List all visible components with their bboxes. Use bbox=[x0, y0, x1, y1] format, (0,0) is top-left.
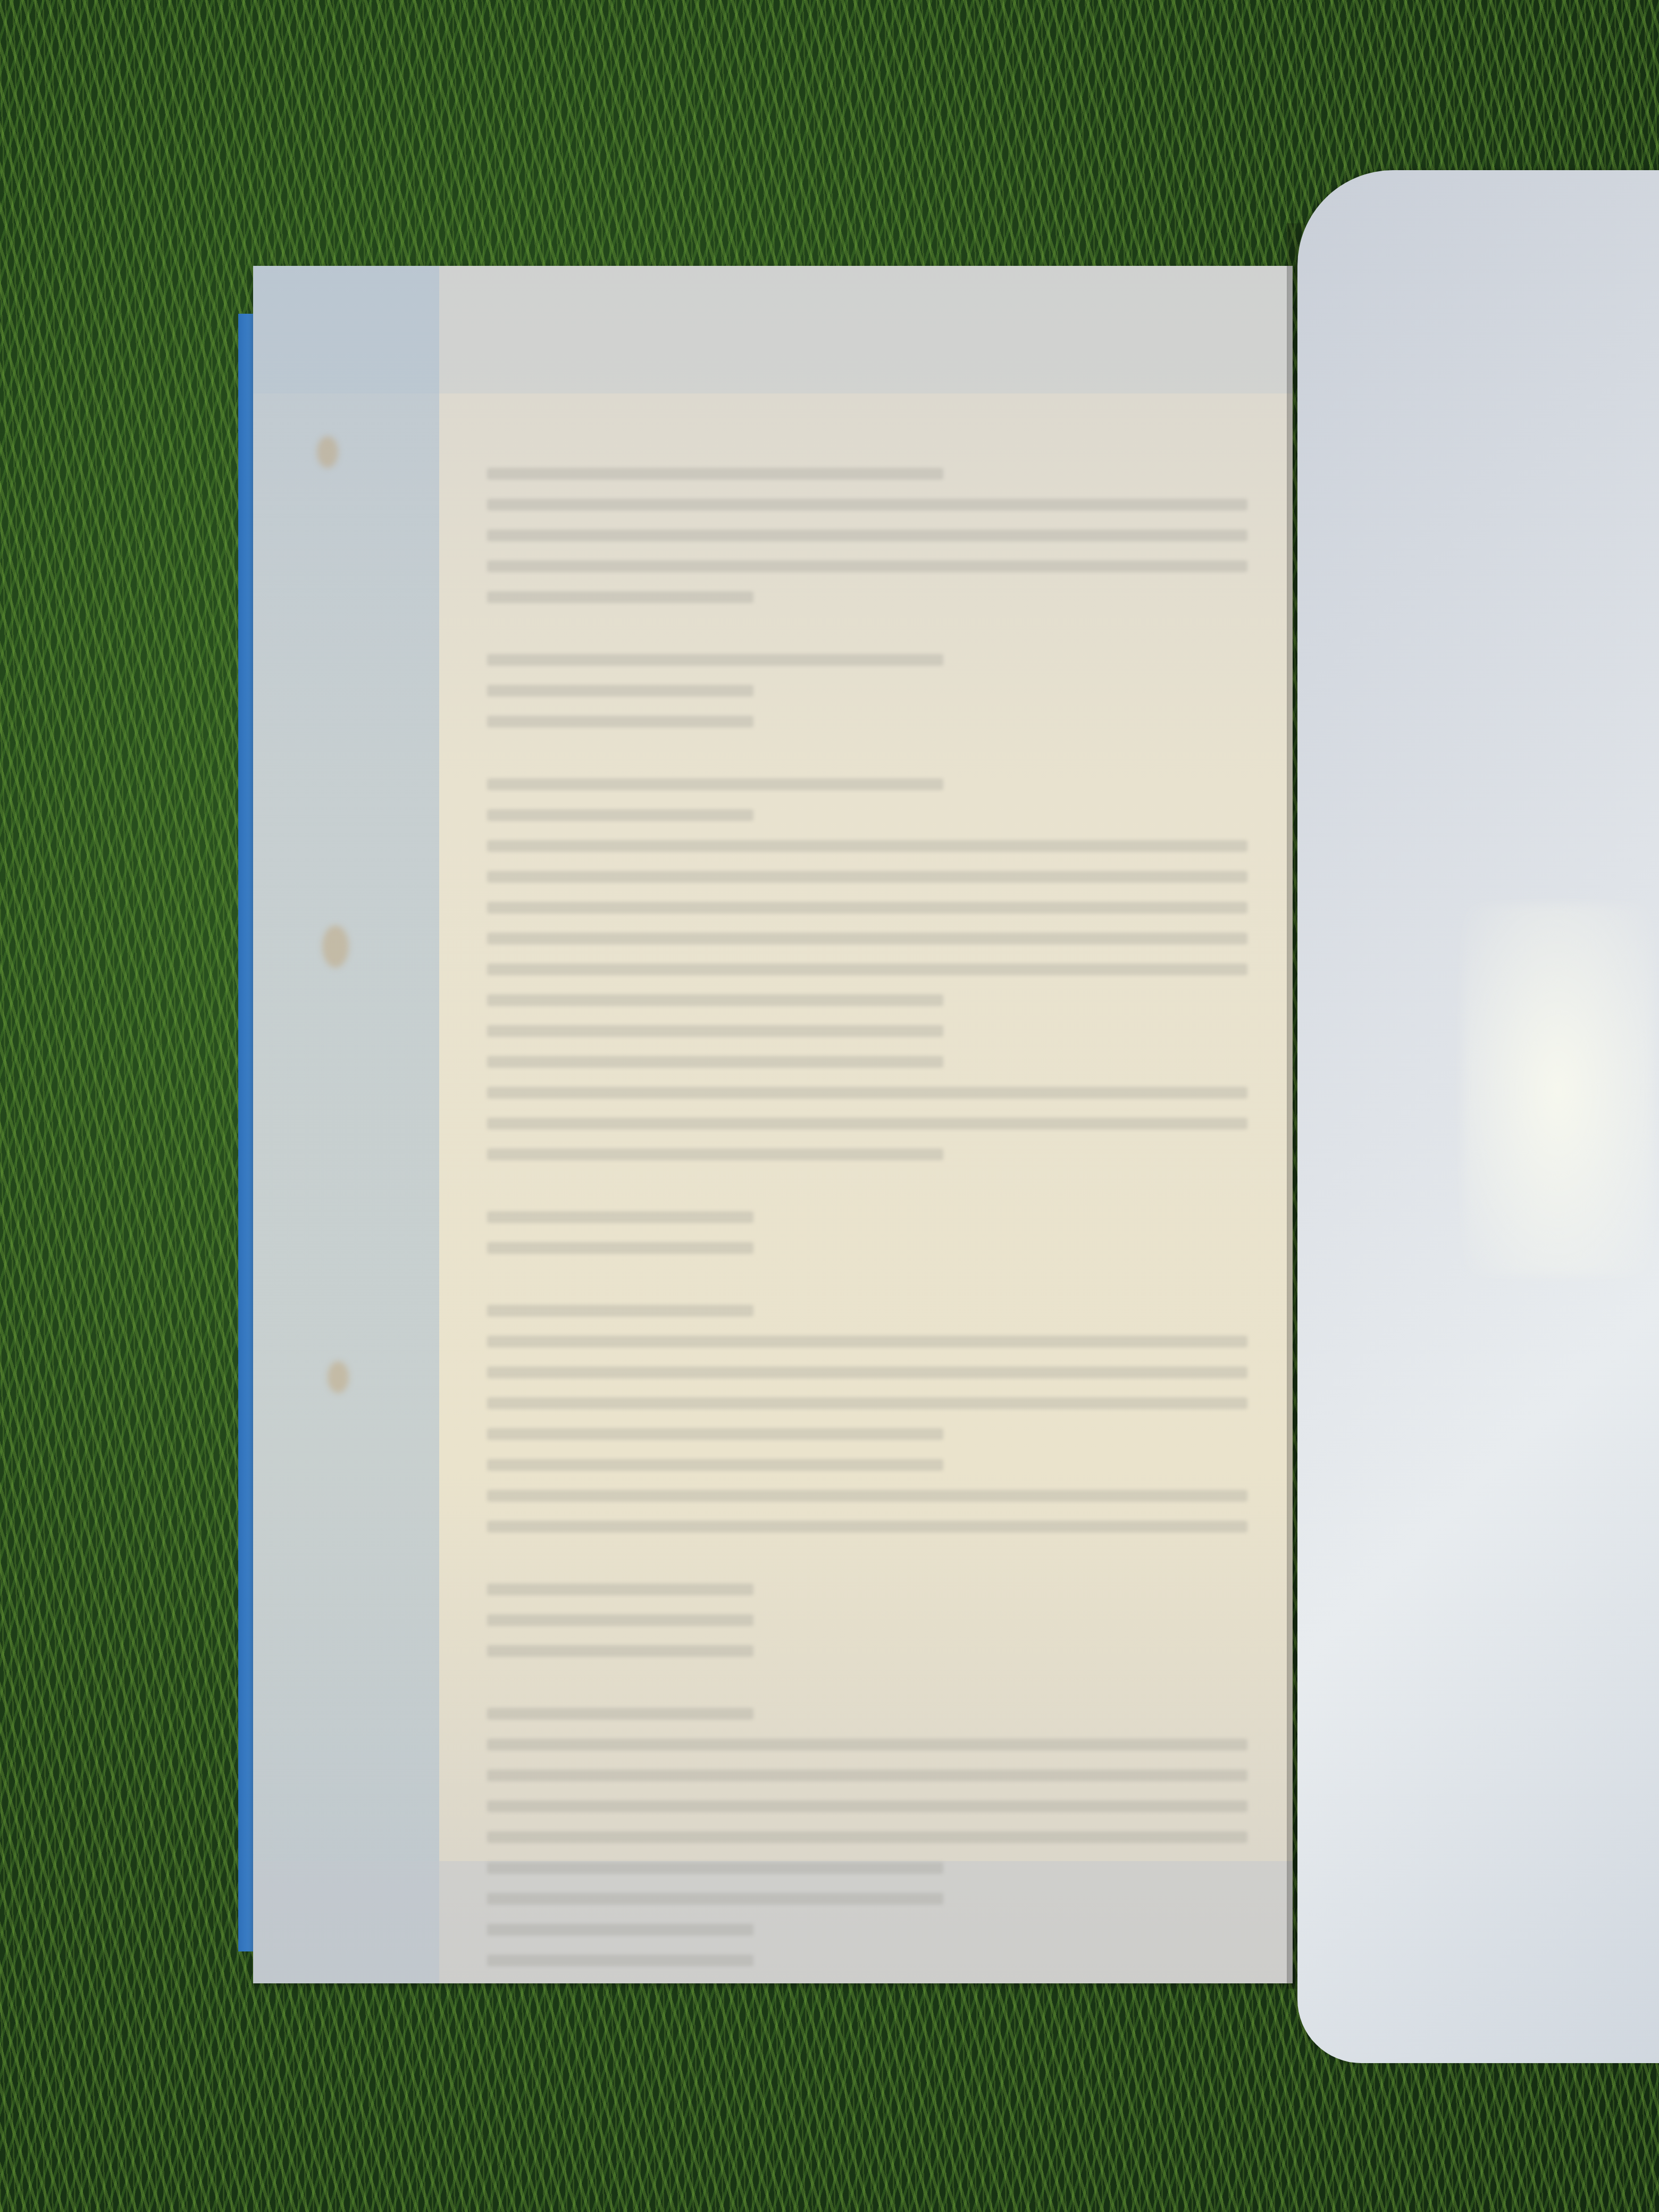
ghost-text-line bbox=[487, 902, 1247, 914]
ghost-text-line bbox=[487, 1521, 1247, 1532]
ghost-text-line bbox=[487, 1770, 1247, 1781]
ghost-text-line bbox=[487, 1831, 1247, 1843]
ghost-text-line bbox=[487, 654, 943, 666]
page-stain bbox=[317, 436, 338, 468]
ghost-text-line bbox=[487, 499, 1247, 510]
ghost-text-line bbox=[487, 963, 1247, 975]
ghost-text-line bbox=[487, 840, 1247, 852]
ghost-text-line bbox=[487, 468, 943, 480]
text-gap bbox=[487, 747, 1247, 778]
ghost-text-line bbox=[487, 685, 753, 697]
page-stain bbox=[328, 1361, 349, 1393]
text-gap bbox=[487, 1676, 1247, 1708]
ghost-text-line bbox=[487, 591, 753, 603]
ghost-text-line bbox=[487, 1305, 753, 1317]
ghost-text-line bbox=[487, 1397, 1247, 1409]
ghost-text-line bbox=[487, 809, 753, 821]
text-gap bbox=[487, 1552, 1247, 1583]
ghost-text-line bbox=[487, 871, 1247, 883]
translucent-overlay-left bbox=[253, 266, 439, 1983]
ghost-text-line bbox=[487, 1336, 1247, 1347]
ghost-text-line bbox=[487, 1149, 943, 1160]
ghost-text-line bbox=[487, 1428, 943, 1440]
ghost-text-line bbox=[487, 1862, 943, 1874]
ghost-text-line bbox=[487, 1800, 1247, 1812]
ghost-text-line bbox=[487, 933, 1247, 944]
ghost-text-line bbox=[487, 1211, 753, 1223]
ghost-text-line bbox=[487, 1924, 753, 1935]
text-gap bbox=[487, 1179, 1247, 1211]
ghost-text-line bbox=[487, 1087, 1247, 1099]
ghost-text-line bbox=[487, 1583, 753, 1595]
ghost-text-line bbox=[487, 1367, 1247, 1378]
ghost-text-line bbox=[487, 560, 1247, 572]
text-gap bbox=[487, 622, 1247, 654]
ghost-text-line bbox=[487, 1708, 753, 1720]
ghost-text-line bbox=[487, 530, 1247, 541]
ghost-text-line bbox=[487, 1459, 943, 1471]
text-gap bbox=[487, 1273, 1247, 1305]
ghost-text-line bbox=[487, 1739, 1247, 1750]
ghost-text-line bbox=[487, 1645, 753, 1657]
ghost-text-line bbox=[487, 1614, 753, 1626]
ghost-text-line bbox=[487, 1893, 943, 1905]
left-page bbox=[253, 266, 1293, 1983]
ghost-text-line bbox=[487, 1118, 1247, 1129]
ghost-text-line bbox=[487, 1025, 943, 1037]
ghost-text-line bbox=[487, 778, 943, 790]
ghost-text-line bbox=[487, 1242, 753, 1254]
ghost-text-line bbox=[487, 1056, 943, 1068]
ghost-text-line bbox=[487, 1490, 1247, 1502]
light-glare bbox=[1462, 904, 1654, 1276]
page-stain bbox=[322, 925, 349, 968]
ghost-text-line bbox=[487, 994, 943, 1006]
ghost-text-line bbox=[487, 716, 753, 727]
bleed-through-text bbox=[487, 468, 1247, 1985]
ghost-text-line bbox=[487, 1955, 753, 1966]
